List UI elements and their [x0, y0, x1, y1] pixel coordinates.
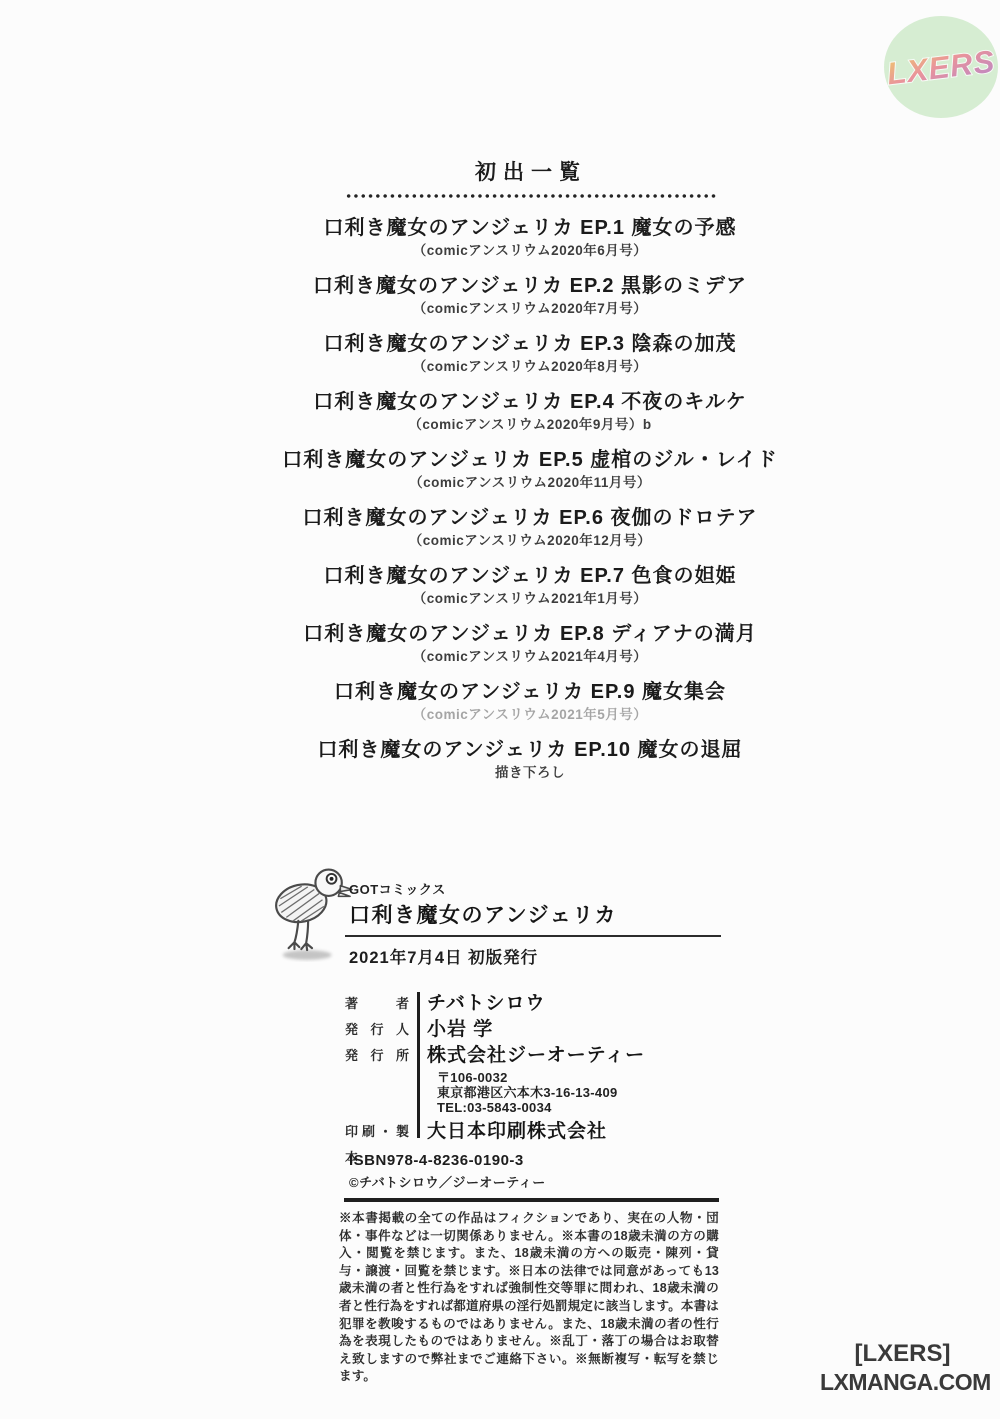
- list-item: 口利き魔女のアンジェリカ EP.5 虚棺のジル・レイド （comicアンスリウム…: [270, 446, 790, 492]
- list-item: 口利き魔女のアンジェリカ EP.4 不夜のキルケ （comicアンスリウム202…: [270, 388, 790, 434]
- credit-value-publisher-company: 株式会社ジーオーティー: [427, 1043, 720, 1069]
- credit-label-spacer: [345, 1100, 409, 1119]
- lxers-watermark-logo: LXERS: [882, 14, 1000, 120]
- credit-label-spacer: [345, 1085, 409, 1100]
- episode-title: 口利き魔女のアンジェリカ EP.1 魔女の予感: [270, 214, 790, 242]
- episode-source: （comicアンスリウム2020年12月号）: [270, 532, 790, 550]
- credit-label: 発行人: [345, 1017, 409, 1043]
- episode-title: 口利き魔女のアンジェリカ EP.3 陰森の加茂: [270, 330, 790, 358]
- episode-title: 口利き魔女のアンジェリカ EP.8 ディアナの満月: [270, 620, 790, 648]
- dotted-divider: [345, 193, 717, 199]
- credit-value-publisher-person: 小岩 学: [427, 1017, 720, 1043]
- site-watermark: [LXERS] LXMANGA.COM: [820, 1340, 985, 1396]
- list-item: 口利き魔女のアンジェリカ EP.2 黒影のミデア （comicアンスリウム202…: [270, 272, 790, 318]
- episode-source: （comicアンスリウム2020年7月号）: [270, 300, 790, 318]
- episode-source: （comicアンスリウム2020年9月号）b: [270, 416, 790, 434]
- episode-source: （comicアンスリウム2020年11月号）: [270, 474, 790, 492]
- list-item: 口利き魔女のアンジェリカ EP.9 魔女集会 （comicアンスリウム2021年…: [270, 678, 790, 724]
- list-item: 口利き魔女のアンジェリカ EP.1 魔女の予感 （comicアンスリウム2020…: [270, 214, 790, 260]
- list-item: 口利き魔女のアンジェリカ EP.7 色食の妲姫 （comicアンスリウム2021…: [270, 562, 790, 608]
- isbn-number: ISBN978-4-8236-0190-3: [349, 1152, 524, 1169]
- book-title: 口利き魔女のアンジェリカ: [349, 899, 617, 929]
- episode-title: 口利き魔女のアンジェリカ EP.10 魔女の退屈: [270, 736, 790, 764]
- credits-divider: [417, 992, 420, 1138]
- publisher-postal-code: 〒106-0032: [427, 1069, 720, 1085]
- colophon-page: LXERS 初出一覧 口利き魔女のアンジェリカ EP.1 魔女の予感 （comi…: [0, 0, 1000, 1419]
- episode-title: 口利き魔女のアンジェリカ EP.4 不夜のキルケ: [270, 388, 790, 416]
- list-item: 口利き魔女のアンジェリカ EP.10 魔女の退屈 描き下ろし: [270, 736, 790, 782]
- episode-source: （comicアンスリウム2020年6月号）: [270, 242, 790, 260]
- edition-date: 2021年7月4日 初版発行: [349, 944, 538, 968]
- credits-table: 著者 チバトシロウ 発行人 小岩 学 発行所 株式会社ジーオーティー 〒106-…: [345, 991, 720, 1171]
- publisher-phone: TEL:03-5843-0034: [427, 1100, 720, 1119]
- imprint-label: GOTコミックス: [349, 879, 446, 898]
- disclaimer-divider: [344, 1198, 719, 1202]
- episode-title: 口利き魔女のアンジェリカ EP.6 夜伽のドロテア: [270, 504, 790, 532]
- got-bird-mascot-icon: [272, 862, 354, 962]
- disclaimer-text: ※本書掲載の全ての作品はフィクションであり、実在の人物・団体・事件などは一切関係…: [339, 1210, 719, 1386]
- episode-source: （comicアンスリウム2020年8月号）: [270, 358, 790, 376]
- page-title: 初出一覧: [345, 156, 717, 186]
- site-watermark-domain: LXMANGA.COM: [820, 1368, 985, 1396]
- copyright-line: ©チバトシロウ／ジーオーティー: [349, 1172, 546, 1191]
- site-watermark-tag: [LXERS]: [820, 1340, 985, 1368]
- credit-label: 著者: [345, 991, 409, 1017]
- list-item: 口利き魔女のアンジェリカ EP.3 陰森の加茂 （comicアンスリウム2020…: [270, 330, 790, 376]
- lxers-logo-graphic: LXERS: [882, 14, 1000, 120]
- credit-value-author: チバトシロウ: [427, 991, 720, 1017]
- episode-source: （comicアンスリウム2021年5月号）: [270, 706, 790, 724]
- episode-title: 口利き魔女のアンジェリカ EP.2 黒影のミデア: [270, 272, 790, 300]
- episode-source: （comicアンスリウム2021年1月号）: [270, 590, 790, 608]
- publisher-street-address: 東京都港区六本木3-16-13-409: [427, 1085, 720, 1100]
- episode-source: 描き下ろし: [270, 764, 790, 782]
- list-item: 口利き魔女のアンジェリカ EP.8 ディアナの満月 （comicアンスリウム20…: [270, 620, 790, 666]
- list-item: 口利き魔女のアンジェリカ EP.6 夜伽のドロテア （comicアンスリウム20…: [270, 504, 790, 550]
- credit-label: 発行所: [345, 1043, 409, 1069]
- episode-source: （comicアンスリウム2021年4月号）: [270, 648, 790, 666]
- title-divider: [345, 935, 721, 937]
- episode-title: 口利き魔女のアンジェリカ EP.5 虚棺のジル・レイド: [270, 446, 790, 474]
- episode-title: 口利き魔女のアンジェリカ EP.7 色食の妲姫: [270, 562, 790, 590]
- episode-list: 口利き魔女のアンジェリカ EP.1 魔女の予感 （comicアンスリウム2020…: [270, 214, 790, 794]
- episode-title: 口利き魔女のアンジェリカ EP.9 魔女集会: [270, 678, 790, 706]
- credit-label-spacer: [345, 1069, 409, 1085]
